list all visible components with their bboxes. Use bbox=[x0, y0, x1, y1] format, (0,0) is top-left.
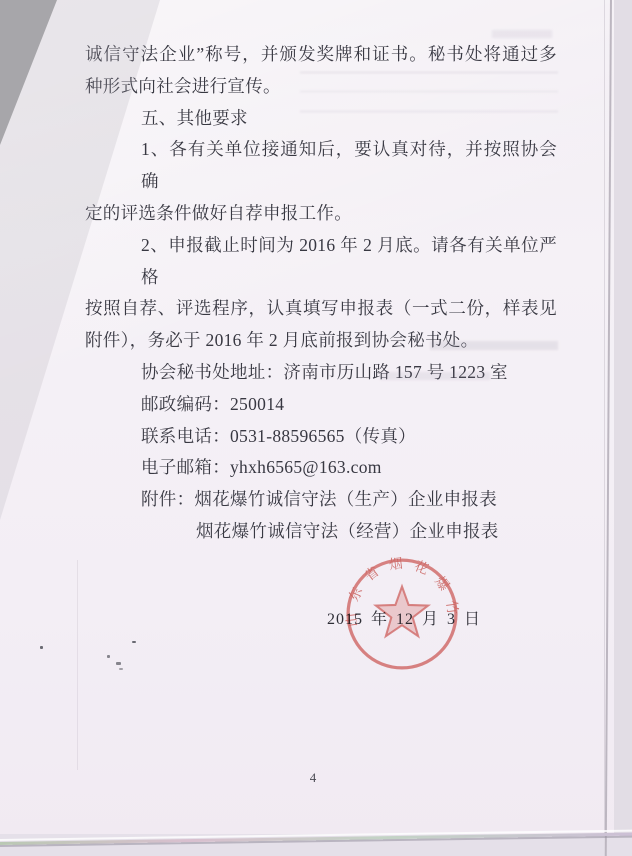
document-line: 2、申报截止时间为 2016 年 2 月底。请各有关单位严格 bbox=[85, 230, 557, 294]
document-line: 联系电话：0531-88596565（传真） bbox=[85, 421, 557, 453]
scan-speck bbox=[132, 641, 136, 643]
scan-speck bbox=[119, 668, 123, 670]
scan-corner-fold bbox=[0, 0, 60, 145]
document-line: 五、其他要求 bbox=[85, 103, 557, 135]
seal-star-icon bbox=[376, 587, 428, 637]
scan-right-edge-line bbox=[605, 0, 612, 856]
document-line: 电子邮箱：yhxh6565@163.com bbox=[85, 452, 557, 484]
document-line: 烟花爆竹诚信守法（经营）企业申报表 bbox=[85, 516, 557, 548]
scan-speck bbox=[40, 646, 43, 649]
document-line: 邮政编码：250014 bbox=[85, 389, 557, 421]
document-line: 1、各有关单位接通知后，要认真对待，并按照协会确 bbox=[85, 134, 557, 198]
scan-speck bbox=[116, 662, 121, 665]
scan-right-edge-strip bbox=[614, 0, 632, 856]
document-line: 附件），务必于 2016 年 2 月底前报到协会秘书处。 bbox=[85, 325, 557, 357]
document-line: 附件：烟花爆竹诚信守法（生产）企业申报表 bbox=[85, 484, 557, 516]
bleed-through-artifact bbox=[492, 30, 552, 38]
document-line: 协会秘书处地址：济南市历山路 157 号 1223 室 bbox=[85, 357, 557, 389]
page-number: 4 bbox=[303, 770, 323, 786]
association-seal-stamp: 山东省烟花爆竹行业协会 bbox=[344, 556, 460, 672]
scan-speck bbox=[107, 655, 110, 658]
document-line: 按照自荐、评选程序，认真填写申报表（一式二份，样表见 bbox=[85, 293, 557, 325]
scanned-document-page: 诚信守法企业”称号，并颁发奖牌和证书。秘书处将通过多种形式向社会进行宣传。五、其… bbox=[0, 0, 632, 856]
document-line: 诚信守法企业”称号，并颁发奖牌和证书。秘书处将通过多 bbox=[85, 39, 557, 71]
paper-crease bbox=[77, 560, 78, 770]
document-line: 种形式向社会进行宣传。 bbox=[85, 71, 557, 103]
document-body: 诚信守法企业”称号，并颁发奖牌和证书。秘书处将通过多种形式向社会进行宣传。五、其… bbox=[85, 39, 557, 548]
document-line: 定的评选条件做好自荐申报工作。 bbox=[85, 198, 557, 230]
